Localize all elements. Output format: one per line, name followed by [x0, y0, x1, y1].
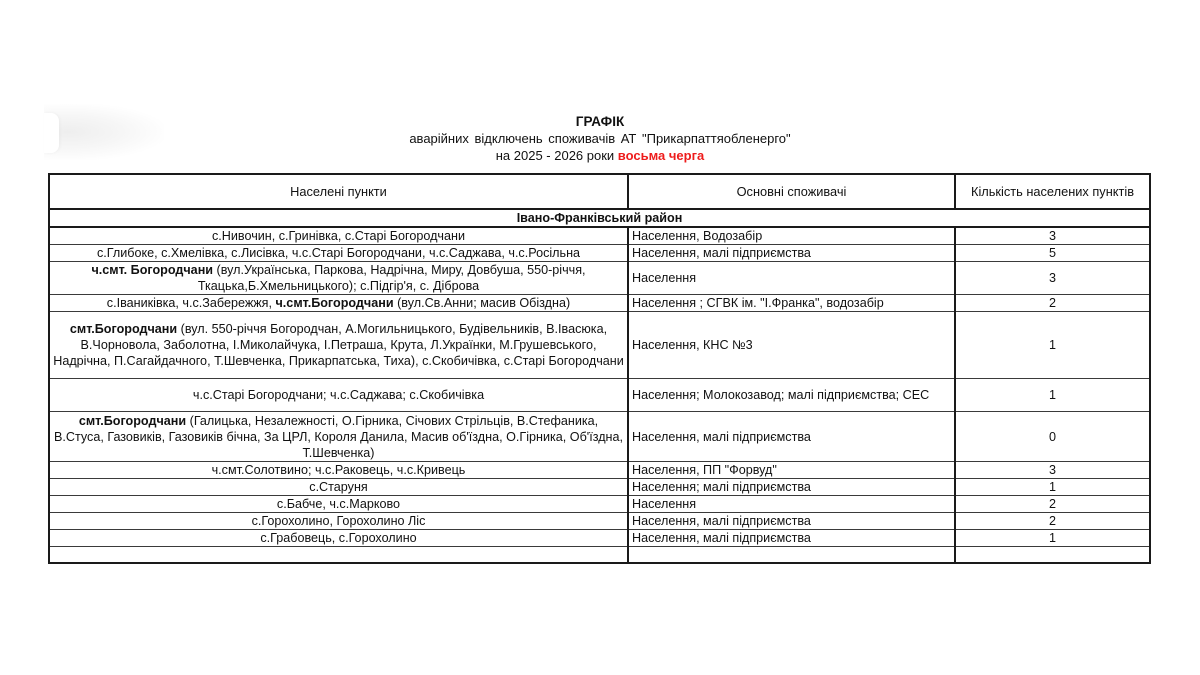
district-row: Івано-Франківський район: [49, 209, 1150, 227]
table-row: с.Іваниківка, ч.с.Забережжя, ч.смт.Богор…: [49, 295, 1150, 312]
row-consumers: Населення; Молокозавод; малі підприємств…: [628, 379, 955, 412]
empty-cell: [49, 547, 628, 564]
row-locations: смт.Богородчани (Галицька, Незалежності,…: [49, 412, 628, 462]
row-consumers: Населення, Водозабір: [628, 227, 955, 245]
locations-text: с.Старуня: [309, 480, 367, 494]
row-consumers: Населення: [628, 262, 955, 295]
row-count: 1: [955, 312, 1150, 379]
document-subtitle: аварійних відключень споживачів АТ "Прик…: [0, 130, 1200, 147]
row-consumers: Населення, малі підприємства: [628, 530, 955, 547]
row-consumers: Населення, ПП "Форвуд": [628, 462, 955, 479]
row-locations: с.Горохолино, Горохолино Ліс: [49, 513, 628, 530]
document-period: на 2025 - 2026 роки восьма черга: [0, 147, 1200, 164]
row-locations: с.Нивочин, с.Гринівка, с.Старі Богородча…: [49, 227, 628, 245]
row-count: 0: [955, 412, 1150, 462]
row-count: 2: [955, 513, 1150, 530]
row-locations: ч.с.Старі Богородчани; ч.с.Саджава; с.Ск…: [49, 379, 628, 412]
table-row: с.Старуня Населення; малі підприємства 1: [49, 479, 1150, 496]
table-header-row: Населені пункти Основні споживачі Кількі…: [49, 174, 1150, 209]
district-name: Івано-Франківський район: [49, 209, 1150, 227]
table-row: смт.Богородчани (Галицька, Незалежності,…: [49, 412, 1150, 462]
row-count: 1: [955, 479, 1150, 496]
row-locations: с.Старуня: [49, 479, 628, 496]
empty-cell: [628, 547, 955, 564]
row-count: 5: [955, 245, 1150, 262]
locations-text: с.Горохолино, Горохолино Ліс: [252, 514, 426, 528]
table-row: ч.с.Старі Богородчани; ч.с.Саджава; с.Ск…: [49, 379, 1150, 412]
row-consumers: Населення: [628, 496, 955, 513]
row-count: 1: [955, 530, 1150, 547]
row-locations: ч.смт.Солотвино; ч.с.Раковець, ч.с.Криве…: [49, 462, 628, 479]
locations-text: ч.с.Старі Богородчани; ч.с.Саджава; с.Ск…: [193, 388, 484, 402]
locations-text: с.Грабовець, с.Горохолино: [260, 531, 416, 545]
row-consumers: Населення, малі підприємства: [628, 412, 955, 462]
row-count: 3: [955, 227, 1150, 245]
row-consumers: Населення; малі підприємства: [628, 479, 955, 496]
row-locations: с.Глибоке, с.Хмелівка, с.Лисівка, ч.с.Ст…: [49, 245, 628, 262]
row-count: 2: [955, 295, 1150, 312]
row-consumers: Населення ; СГВК ім. "І.Франка", водозаб…: [628, 295, 955, 312]
table-row: с.Глибоке, с.Хмелівка, с.Лисівка, ч.с.Ст…: [49, 245, 1150, 262]
table-row-empty: [49, 547, 1150, 564]
locations-pre-text: с.Іваниківка, ч.с.Забережжя,: [107, 296, 276, 310]
locations-bold-text: смт.Богородчани: [79, 414, 186, 428]
row-locations: смт.Богородчани (вул. 550-річчя Богородч…: [49, 312, 628, 379]
table-row: смт.Богородчани (вул. 550-річчя Богородч…: [49, 312, 1150, 379]
row-locations: с.Грабовець, с.Горохолино: [49, 530, 628, 547]
document-title: ГРАФІК: [0, 113, 1200, 130]
header-consumers: Основні споживачі: [628, 174, 955, 209]
locations-text: с.Нивочин, с.Гринівка, с.Старі Богородча…: [212, 229, 465, 243]
table-row: с.Бабче, ч.с.Марково Населення 2: [49, 496, 1150, 513]
header-count: Кількість населених пунктів: [955, 174, 1150, 209]
table-row: с.Грабовець, с.Горохолино Населення, мал…: [49, 530, 1150, 547]
header-locations: Населені пункти: [49, 174, 628, 209]
locations-text: (вул.Українська, Паркова, Надрічна, Миру…: [198, 263, 586, 293]
period-text: на 2025 - 2026 роки: [496, 148, 618, 163]
locations-text: с.Бабче, ч.с.Марково: [277, 497, 400, 511]
row-consumers: Населення, КНС №3: [628, 312, 955, 379]
queue-label: восьма черга: [618, 148, 704, 163]
table-row: ч.смт.Солотвино; ч.с.Раковець, ч.с.Криве…: [49, 462, 1150, 479]
locations-bold-text: ч.смт. Богородчани: [91, 263, 213, 277]
row-count: 2: [955, 496, 1150, 513]
locations-bold-text: смт.Богородчани: [70, 322, 177, 336]
row-count: 1: [955, 379, 1150, 412]
table-row: с.Горохолино, Горохолино Ліс Населення, …: [49, 513, 1150, 530]
row-count: 3: [955, 462, 1150, 479]
locations-text: (вул.Св.Анни; масив Обіздна): [394, 296, 571, 310]
document-header: ГРАФІК аварійних відключень споживачів А…: [0, 113, 1200, 164]
row-locations: ч.смт. Богородчани (вул.Українська, Парк…: [49, 262, 628, 295]
row-locations: с.Іваниківка, ч.с.Забережжя, ч.смт.Богор…: [49, 295, 628, 312]
row-consumers: Населення, малі підприємства: [628, 245, 955, 262]
locations-text: ч.смт.Солотвино; ч.с.Раковець, ч.с.Криве…: [212, 463, 466, 477]
row-locations: с.Бабче, ч.с.Марково: [49, 496, 628, 513]
table-row: ч.смт. Богородчани (вул.Українська, Парк…: [49, 262, 1150, 295]
row-consumers: Населення, малі підприємства: [628, 513, 955, 530]
locations-text: с.Глибоке, с.Хмелівка, с.Лисівка, ч.с.Ст…: [97, 246, 580, 260]
empty-cell: [955, 547, 1150, 564]
outage-schedule-table: Населені пункти Основні споживачі Кількі…: [48, 173, 1151, 564]
table-row: с.Нивочин, с.Гринівка, с.Старі Богородча…: [49, 227, 1150, 245]
row-count: 3: [955, 262, 1150, 295]
locations-bold-text: ч.смт.Богородчани: [276, 296, 394, 310]
